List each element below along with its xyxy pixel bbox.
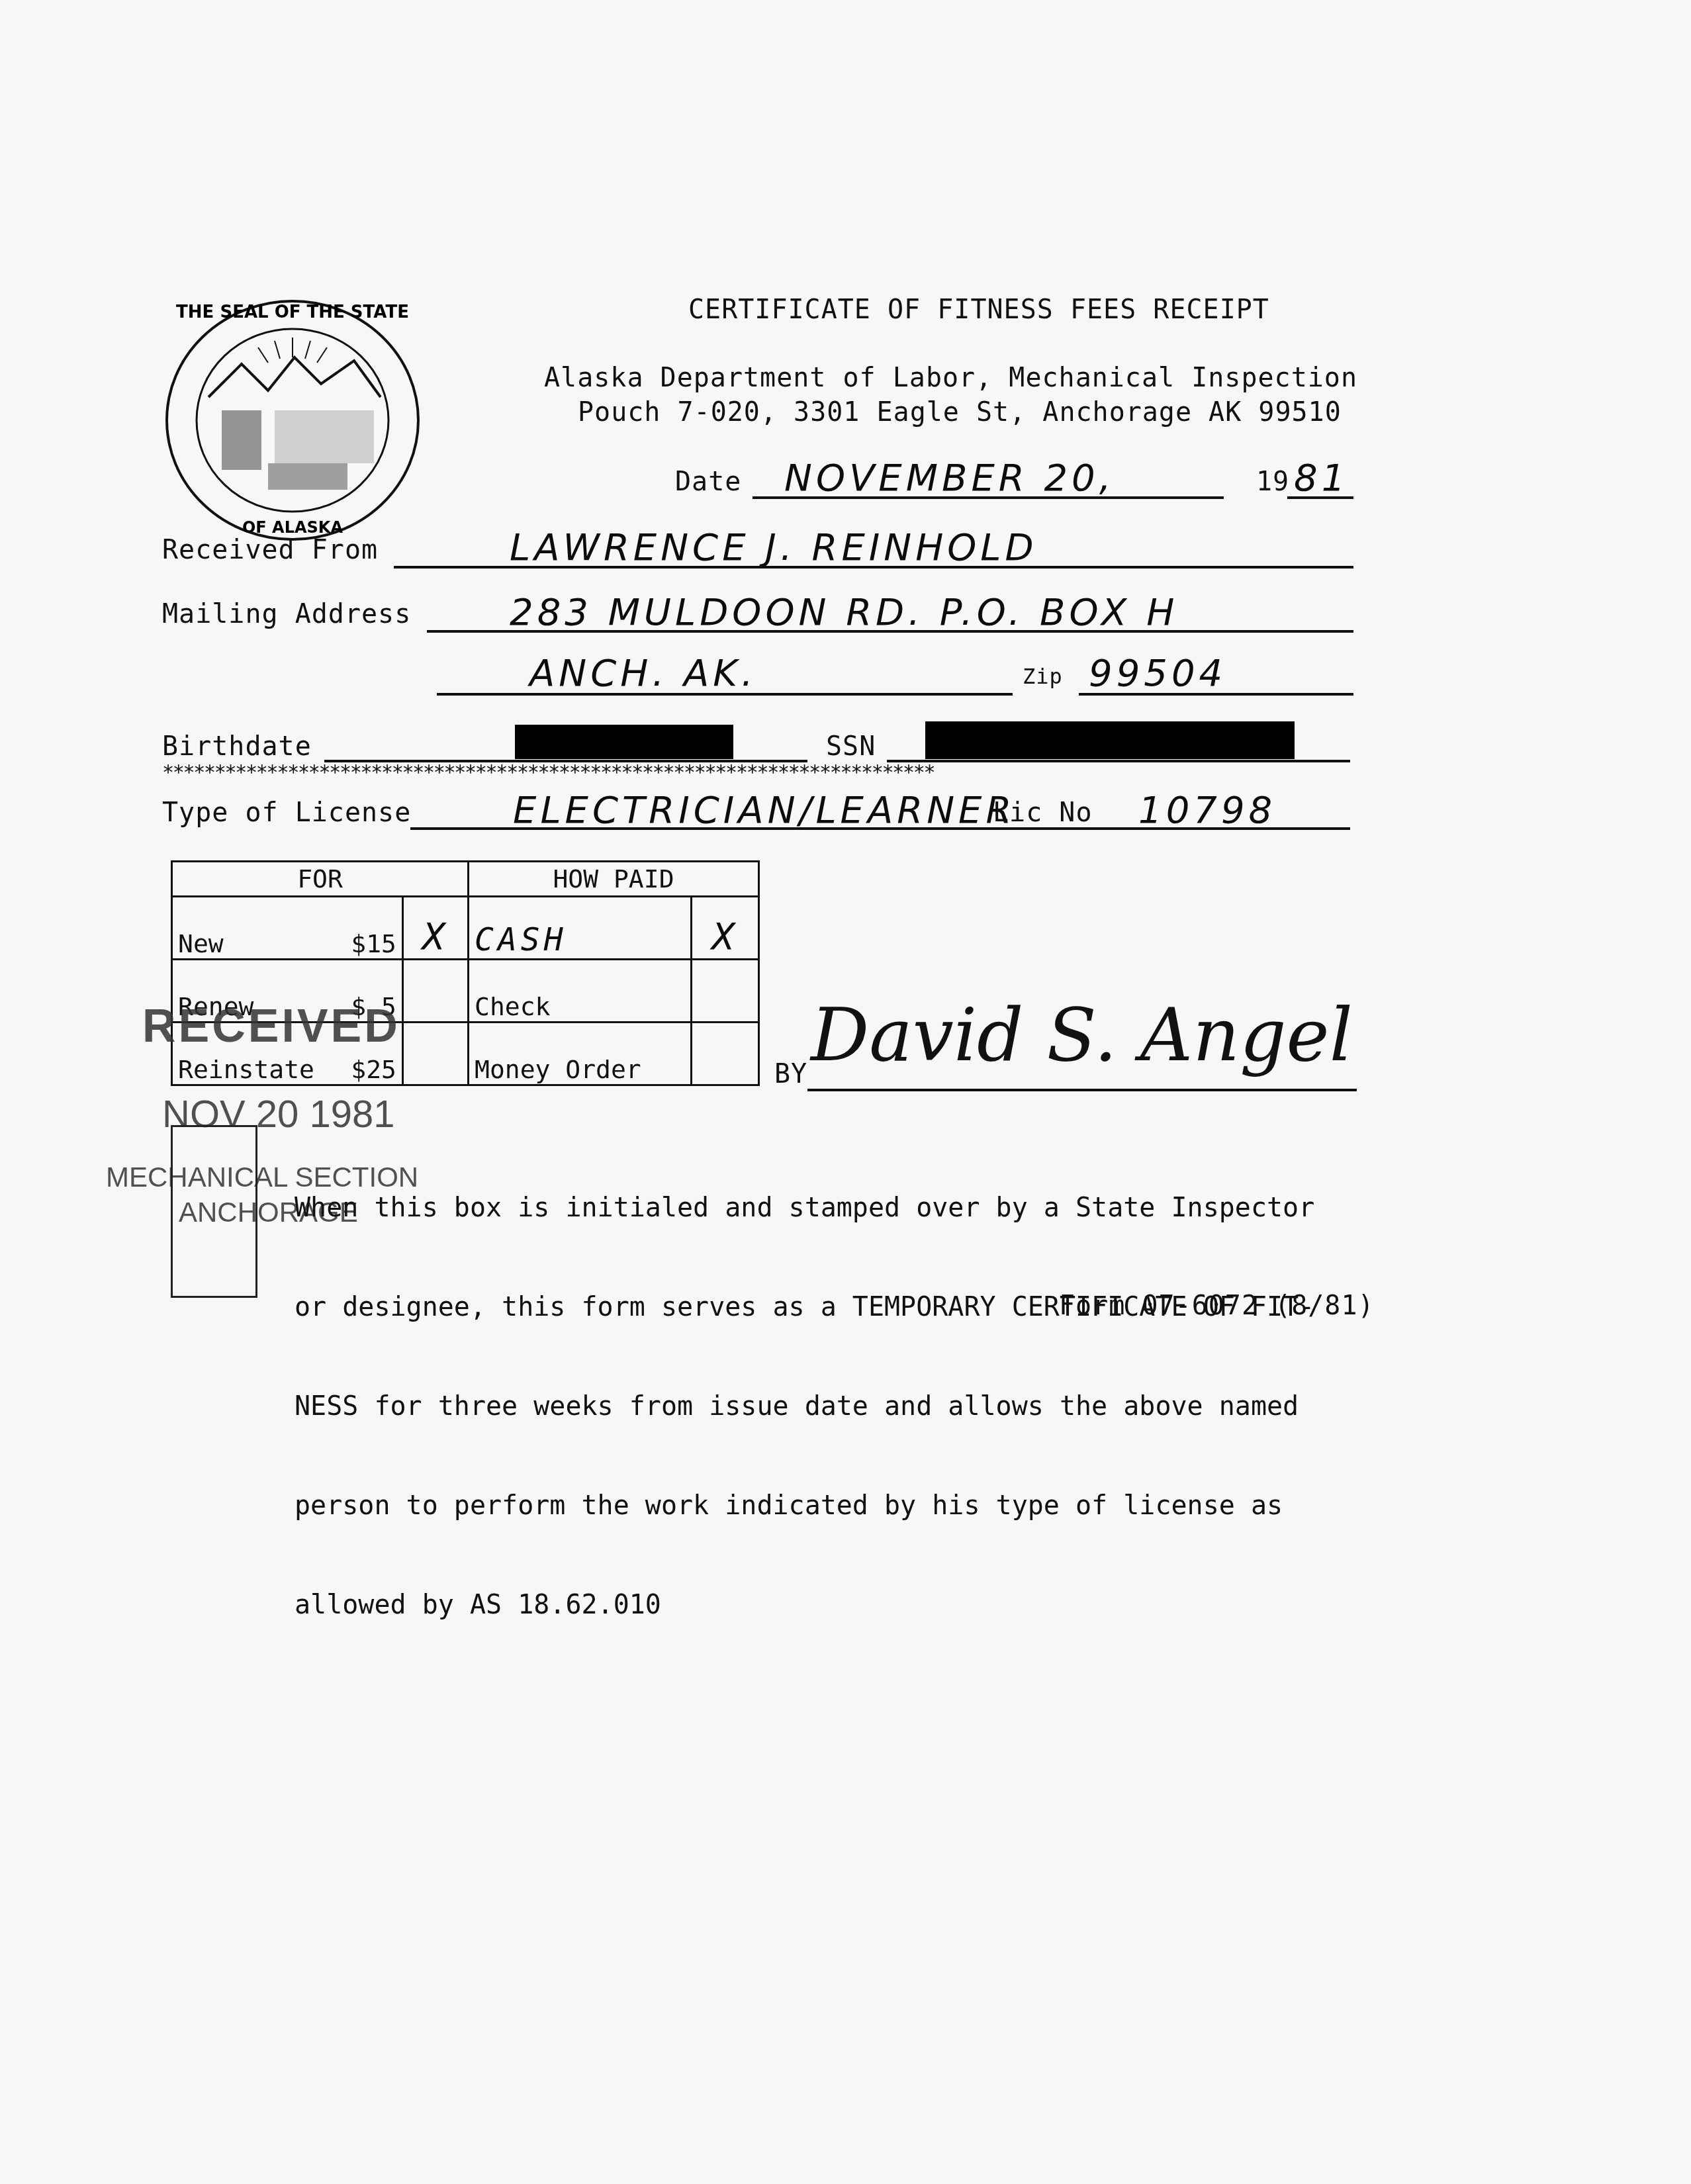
form-title: CERTIFICATE OF FITNESS FEES RECEIPT (688, 295, 1269, 325)
ssn-redaction (925, 721, 1295, 759)
inspector-initial-box[interactable] (171, 1125, 257, 1298)
received-stamp: RECEIVED (142, 999, 400, 1052)
received-from-label: Received From (162, 535, 378, 565)
date-line (753, 496, 1224, 499)
signature-line (807, 1089, 1357, 1091)
how-paid-header: HOW PAID (469, 862, 759, 897)
zip-label: Zip (1023, 664, 1063, 689)
birthdate-label: Birthdate (162, 731, 312, 762)
svg-text:THE SEAL OF THE STATE: THE SEAL OF THE STATE (176, 302, 409, 322)
year-line (1287, 496, 1353, 499)
date-value: NOVEMBER 20, (784, 457, 1115, 500)
form-number: Form 07-6072 (8/81) (1059, 1291, 1375, 1321)
license-no-line (1099, 827, 1350, 830)
license-no-value: 10798 (1138, 789, 1276, 832)
agency-name: Alaska Department of Labor, Mechanical I… (544, 363, 1357, 393)
zip-value: 99504 (1089, 652, 1226, 695)
separator-asterisks: ****************************************… (162, 761, 1347, 784)
inspector-signature: David S. Angel (811, 993, 1353, 1077)
method-mark-cash[interactable]: X (692, 897, 759, 960)
ssn-label: SSN (826, 731, 876, 762)
received-from-value: LAWRENCE J. REINHOLD (510, 526, 1038, 569)
temporary-certificate-notice: When this box is initialed and stamped o… (295, 1125, 1314, 1655)
fee-item-new: New $15 (172, 897, 403, 960)
city-line (437, 693, 1013, 696)
license-type-label: Type of License (162, 797, 411, 828)
method-money-order: Money Order (469, 1023, 692, 1085)
birthdate-redaction (515, 725, 733, 759)
mailing-address-line (427, 630, 1353, 633)
license-type-value: ELECTRICIAN/LEARNER (513, 789, 1015, 832)
fee-mark-reinstate[interactable] (403, 1023, 469, 1085)
signature-label: BY (774, 1059, 807, 1089)
method-cash: CASH (469, 897, 692, 960)
mailing-address-line2: ANCH. AK. (529, 652, 757, 695)
license-no-label: Lic No (993, 797, 1093, 828)
method-mark-money-order[interactable] (692, 1023, 759, 1085)
method-mark-check[interactable] (692, 960, 759, 1023)
state-seal-icon: THE SEAL OF THE STATE OF ALASKA (162, 298, 424, 543)
zip-line (1079, 693, 1353, 696)
svg-text:OF ALASKA: OF ALASKA (242, 518, 343, 537)
fee-mark-new[interactable]: X (403, 897, 469, 960)
agency-address: Pouch 7-020, 3301 Eagle St, Anchorage AK… (578, 397, 1342, 428)
year-prefix: 19 (1256, 467, 1289, 497)
for-header: FOR (172, 862, 469, 897)
received-from-line (394, 566, 1353, 569)
date-label: Date (675, 467, 741, 497)
mailing-address-label: Mailing Address (162, 599, 411, 629)
year-value: 81 (1294, 457, 1349, 500)
table-row: New $15 X CASH X (172, 897, 759, 960)
method-check: Check (469, 960, 692, 1023)
mailing-address-line1: 283 MULDOON RD. P.O. BOX H (510, 591, 1178, 634)
fee-mark-renew[interactable] (403, 960, 469, 1023)
